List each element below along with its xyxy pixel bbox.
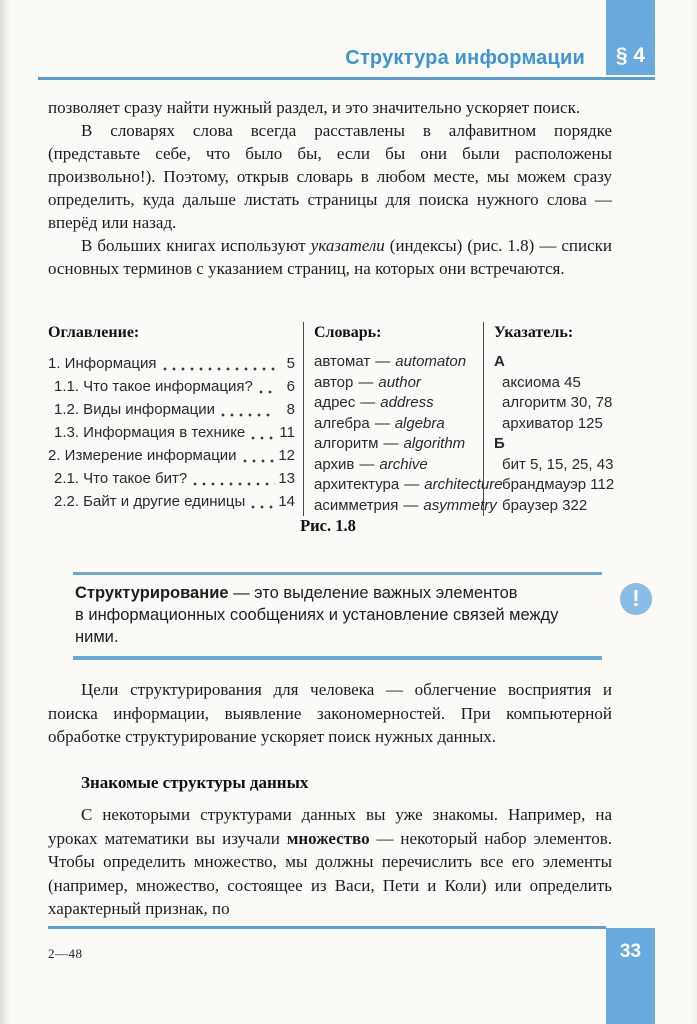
toc-label: 2.1. Что такое бит? bbox=[54, 467, 187, 490]
definition-term: Структурирование bbox=[75, 584, 229, 602]
toc-row: 2.2. Байт и другие единицы14 bbox=[48, 490, 295, 513]
toc-page-number: 11 bbox=[277, 421, 295, 444]
exclamation-icon: ! bbox=[620, 583, 652, 615]
dictionary-row: автор—author bbox=[314, 373, 483, 394]
ru-term: архив bbox=[314, 456, 354, 473]
definition-box: Структурирование — это выделение важных … bbox=[73, 572, 602, 660]
bold-term: множество bbox=[287, 829, 370, 848]
page-number: 33 bbox=[620, 941, 641, 963]
toc-page-number: 12 bbox=[277, 444, 295, 467]
index-header: Указатель: bbox=[494, 324, 660, 342]
toc-page-number: 6 bbox=[277, 375, 295, 398]
ru-term: адрес bbox=[314, 394, 355, 411]
index-entry: аксиома 45 bbox=[494, 373, 660, 394]
toc-row: 1. Информация5 bbox=[48, 352, 295, 375]
toc-label: 1.3. Информация в технике bbox=[54, 421, 245, 444]
index-letter: А bbox=[494, 352, 660, 373]
paragraph: В больших книгах используют указатели (и… bbox=[48, 234, 612, 280]
figure-1-8: Оглавление: 1. Информация5 1.1. Что тако… bbox=[48, 322, 660, 516]
index-letter: Б bbox=[494, 434, 660, 455]
definition-line: ними. bbox=[75, 626, 602, 648]
dash-separator: — bbox=[375, 353, 390, 370]
ru-term: автор bbox=[314, 374, 353, 391]
textbook-page: Структура информации § 4 позволяет сразу… bbox=[0, 0, 697, 1024]
dictionary-row: алгебра—algebra bbox=[314, 414, 483, 435]
toc-row: 2. Измерение информации12 bbox=[48, 444, 295, 467]
page-header-title: Структура информации bbox=[345, 47, 585, 70]
dictionary-header: Словарь: bbox=[314, 324, 483, 342]
dictionary-column: Словарь: автомат—automaton автор—author … bbox=[303, 322, 483, 516]
toc-row: 1.1. Что такое информация?6 bbox=[48, 375, 295, 398]
italic-term: указатели bbox=[311, 236, 385, 255]
ru-term: алгоритм bbox=[314, 435, 378, 452]
footer-rule bbox=[48, 926, 606, 929]
index-entry: брандмауэр 112 bbox=[494, 475, 660, 496]
dash-separator: — bbox=[375, 415, 390, 432]
en-term: address bbox=[380, 394, 433, 411]
section-badge: § 4 bbox=[606, 0, 655, 75]
index-entry: архиватор 125 bbox=[494, 414, 660, 435]
paragraph: С некоторыми структурами данных вы уже з… bbox=[48, 803, 612, 921]
en-term: archive bbox=[379, 456, 427, 473]
toc-page-number: 14 bbox=[277, 490, 295, 513]
section-badge-label: § 4 bbox=[616, 44, 645, 68]
toc-row: 1.3. Информация в технике11 bbox=[48, 421, 295, 444]
dictionary-row: асимметрия—asymmetry bbox=[314, 496, 483, 517]
en-term: author bbox=[378, 374, 421, 391]
dot-leader bbox=[259, 390, 275, 394]
index-entry: бит 5, 15, 25, 43 bbox=[494, 455, 660, 476]
dictionary-row: адрес—address bbox=[314, 393, 483, 414]
toc-label: 1. Информация bbox=[48, 352, 157, 375]
dot-leader bbox=[243, 459, 275, 463]
dash-separator: — bbox=[404, 476, 419, 493]
print-code: 2—48 bbox=[48, 946, 83, 962]
ru-term: архитектура bbox=[314, 476, 399, 493]
dot-leader bbox=[251, 436, 275, 440]
dot-leader bbox=[193, 482, 275, 486]
ru-term: автомат bbox=[314, 353, 370, 370]
en-term: automaton bbox=[395, 353, 466, 370]
dot-leader bbox=[251, 505, 275, 509]
toc-page-number: 13 bbox=[277, 467, 295, 490]
intro-paragraphs: позволяет сразу найти нужный раздел, и э… bbox=[48, 96, 612, 280]
toc-row: 2.1. Что такое бит?13 bbox=[48, 467, 295, 490]
toc-label: 1.1. Что такое информация? bbox=[54, 375, 253, 398]
index-entry: алгоритм 30, 78 bbox=[494, 393, 660, 414]
en-term: algebra bbox=[395, 415, 445, 432]
dictionary-row: архив—archive bbox=[314, 455, 483, 476]
dash-separator: — bbox=[358, 374, 373, 391]
ru-term: алгебра bbox=[314, 415, 370, 432]
paragraph: В словарях слова всегда расставлены в ал… bbox=[48, 119, 612, 234]
toc-label: 2.2. Байт и другие единицы bbox=[54, 490, 245, 513]
paragraph: Цели структурирования для человека — обл… bbox=[48, 678, 612, 749]
dash-separator: — bbox=[360, 394, 375, 411]
header-rule bbox=[38, 77, 655, 80]
dash-separator: — bbox=[359, 456, 374, 473]
paragraph: позволяет сразу найти нужный раздел, и э… bbox=[48, 96, 612, 119]
dash-separator: — bbox=[383, 435, 398, 452]
definition-line: Структурирование — это выделение важных … bbox=[75, 582, 602, 604]
toc-label: 1.2. Виды информации bbox=[54, 398, 215, 421]
index-entry: браузер 322 bbox=[494, 496, 660, 517]
dash-separator: — bbox=[403, 497, 418, 514]
page-number-bar: 33 bbox=[606, 928, 655, 1024]
dictionary-row: автомат—automaton bbox=[314, 352, 483, 373]
toc-row: 1.2. Виды информации8 bbox=[48, 398, 295, 421]
dot-leader bbox=[163, 367, 275, 371]
dictionary-row: алгоритм—algorithm bbox=[314, 434, 483, 455]
toc-page-number: 5 bbox=[277, 352, 295, 375]
dot-leader bbox=[221, 413, 275, 417]
toc-label: 2. Измерение информации bbox=[48, 444, 237, 467]
toc-column: Оглавление: 1. Информация5 1.1. Что тако… bbox=[48, 322, 303, 516]
definition-text: — это выделение важных элементов bbox=[229, 584, 518, 602]
paragraph-text: В больших книгах используют bbox=[81, 236, 311, 255]
subheading: Знакомые структуры данных bbox=[81, 773, 308, 793]
en-term: algorithm bbox=[403, 435, 465, 452]
figure-caption: Рис. 1.8 bbox=[48, 516, 608, 536]
dictionary-row: архитектура—architecture bbox=[314, 475, 483, 496]
ru-term: асимметрия bbox=[314, 497, 398, 514]
toc-page-number: 8 bbox=[277, 398, 295, 421]
toc-header: Оглавление: bbox=[48, 324, 295, 342]
definition-line: в информационных сообщениях и установлен… bbox=[75, 604, 602, 626]
index-column: Указатель: А аксиома 45 алгоритм 30, 78 … bbox=[483, 322, 660, 516]
